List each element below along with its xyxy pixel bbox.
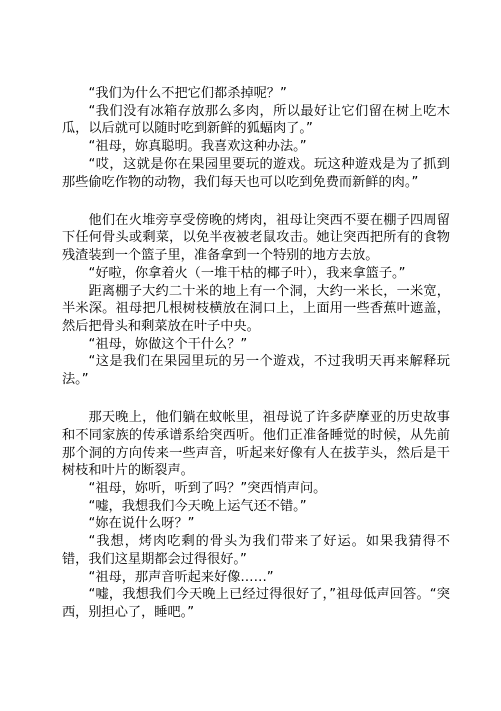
paragraph: “哎，这就是你在果园里要玩的遊戏。玩这种遊戏是为了抓到那些偷吃作物的动物，我们每…	[62, 156, 450, 191]
paragraph: “妳在说什么呀？”	[62, 515, 450, 533]
paragraph: “我们没有冰箱存放那么多肉，所以最好让它们留在树上吃木瓜，以后就可以随时吃到新鲜…	[62, 103, 450, 138]
paragraph: “嘘，我想我们今天晚上运气还不错。”	[62, 498, 450, 516]
paragraph: “祖母，妳听，听到了吗？”突西悄声问。	[62, 480, 450, 498]
text-block-3: 那天晚上，他们躺在蚊帐里，祖母说了许多萨摩亚的历史故事和不同家族的传承谱系给突西…	[62, 409, 450, 621]
paragraph: 距离棚子大约二十米的地上有一个洞，大约一米长，一米宽，半米深。祖母把几根树枝横放…	[62, 283, 450, 336]
text-block-2: 他们在火堆旁享受傍晚的烤肉，祖母让突西不要在棚子四周留下任何骨头或剩菜，以免半夜…	[62, 212, 450, 389]
paragraph: “我想，烤肉吃剩的骨头为我们带来了好运。如果我猜得不错，我们这星期都会过得很好。…	[62, 533, 450, 568]
paragraph: “祖母，妳做这个干什么？”	[62, 336, 450, 354]
paragraph: “好啦，你拿着火（一堆干枯的椰子叶），我来拿篮子。”	[62, 265, 450, 283]
paragraph: “祖母，那声音听起来好像……”	[62, 569, 450, 587]
paragraph: “这是我们在果园里玩的另一个遊戏，不过我明天再来解释玩法。”	[62, 353, 450, 388]
paragraph: “嘘，我想我们今天晚上已经过得很好了，”祖母低声回答。“突西，别担心了，睡吧。”	[62, 586, 450, 621]
document-page: “我们为什么不把它们都杀掉呢？” “我们没有冰箱存放那么多肉，所以最好让它们留在…	[62, 85, 450, 622]
paragraph: “祖母，妳真聪明。我喜欢这种办法。”	[62, 138, 450, 156]
text-block-1: “我们为什么不把它们都杀掉呢？” “我们没有冰箱存放那么多肉，所以最好让它们留在…	[62, 85, 450, 191]
paragraph: “我们为什么不把它们都杀掉呢？”	[62, 85, 450, 103]
paragraph: 他们在火堆旁享受傍晚的烤肉，祖母让突西不要在棚子四周留下任何骨头或剩菜，以免半夜…	[62, 212, 450, 265]
paragraph: 那天晚上，他们躺在蚊帐里，祖母说了许多萨摩亚的历史故事和不同家族的传承谱系给突西…	[62, 409, 450, 480]
